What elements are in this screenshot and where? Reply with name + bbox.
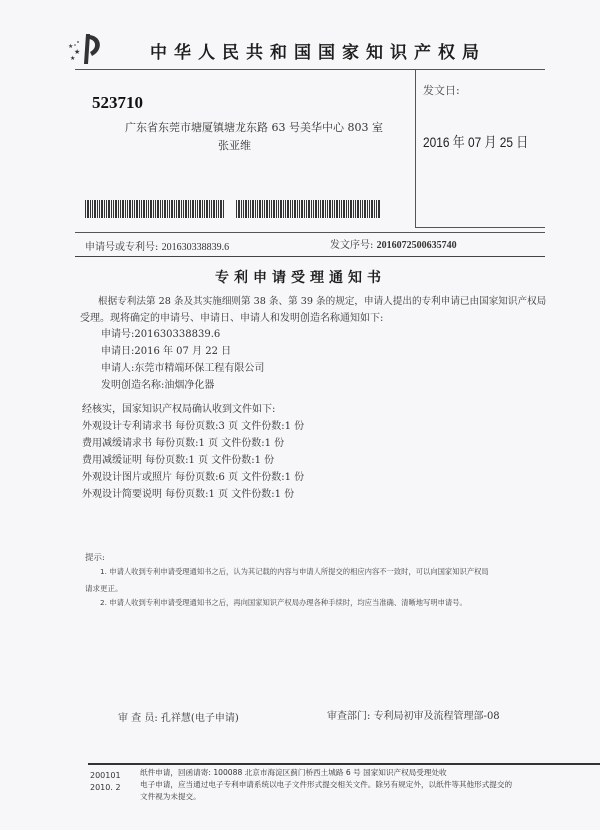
field-value: 油烟净化器 [164,380,214,391]
examiner-value: 孔祥慧(电子申请) [161,713,239,724]
field-value: 2016 年 07 月 22 日 [134,346,231,357]
issue-date-label: 发文日: [423,82,460,98]
application-number-label: 申请号或专利号: [85,242,158,253]
hints-heading: 提示: [85,551,105,563]
footer-line-1: 纸件申请，回函请寄: 100088 北京市海淀区蓟门桥西土城路 6 号 国家知识… [140,767,447,778]
intro-line-1: 根据专利法第 28 条及其实施细则第 38 条、第 39 条的规定，申请人提出的… [98,293,546,307]
field-design-name: 发明创造名称:油烟净化器 [101,376,214,391]
received-item: 外观设计专利请求书 每份页数:3 页 文件份数:1 份 [82,417,304,432]
application-number-value: 201630338839.6 [162,242,230,253]
numbers-bottom-divider [75,256,545,257]
intro-line-2: 受理。现将确定的申请号、申请日、申请人和发明创造名称通知如下: [80,309,383,324]
cnipa-logo-icon: ★ ★ ★ [66,30,106,66]
serial-number-value: 2016072500635740 [377,240,457,251]
examiner-row: 审 查 员: 孔祥慧(电子申请) [118,709,239,724]
serial-number-label: 发文序号: [330,240,373,251]
hint-1-line-1: 1. 申请人收到专利申请受理通知书之后，认为其记载的内容与申请人所提交的相应内容… [100,567,489,577]
field-application-number: 申请号:201630338839.6 [101,325,220,340]
svg-text:★: ★ [70,55,75,62]
received-item: 外观设计简要说明 每份页数:1 页 文件份数:1 份 [82,485,294,500]
issue-date-column-divider [415,69,416,227]
field-applicant: 申请人:东莞市精端环保工程有限公司 [101,359,264,374]
department-value: 专利局初审及流程管理部-08 [374,711,500,722]
footer-line-3: 文件视为未提交。 [140,791,201,802]
patent-acceptance-notice: ★ ★ ★ 中华人民共和国国家知识产权局 523710 广东省东莞市塘厦镇塘龙东… [0,0,600,830]
field-label: 发明创造名称: [101,380,164,391]
barcode-right [236,200,381,218]
header-divider [75,69,545,70]
numbers-top-divider [75,232,545,233]
issue-date-bottom-divider [415,227,545,228]
received-item: 费用减缓证明 每份页数:1 页 文件份数:1 份 [82,451,274,466]
issue-date: 2016 年 07 月 25 日 [423,132,528,152]
postcode: 523710 [92,93,143,113]
received-heading: 经核实，国家知识产权局确认收到文件如下: [82,400,275,415]
form-code: 200101 [90,771,121,780]
received-item: 费用减缓请求书 每份页数:1 页 文件份数:1 份 [82,434,284,449]
footer-divider [88,763,600,765]
application-number-row: 申请号或专利号: 201630338839.6 [85,238,229,253]
recipient-name: 张亚维 [218,137,251,153]
field-value: 东莞市精端环保工程有限公司 [134,363,264,374]
recipient-address: 广东省东莞市塘厦镇塘龙东路 63 号美华中心 803 室 [125,119,383,135]
footer-line-2: 电子申请，应当通过电子专利申请系统以电子文件形式提交相关文件。除另有规定外，以纸… [140,779,512,790]
notice-title: 专利申请受理通知书 [215,267,386,287]
department-row: 审查部门: 专利局初审及流程管理部-08 [327,707,500,722]
field-label: 申请日: [101,346,134,357]
barcode-left [85,200,225,218]
svg-text:★: ★ [68,43,73,50]
examiner-label: 审 查 员: [118,713,158,724]
hint-1-line-2: 请求更正。 [85,583,123,594]
agency-name: 中华人民共和国国家知识产权局 [150,38,486,63]
field-label: 申请人: [101,363,134,374]
field-label: 申请号: [101,329,134,340]
hint-2: 2. 申请人收到专利申请受理通知书之后，再向国家知识产权局办理各种手续时，均应当… [100,598,467,608]
department-label: 审查部门: [327,711,370,722]
received-item: 外观设计图片或照片 每份页数:6 页 文件份数:1 份 [82,468,304,483]
form-version: 2010. 2 [90,783,121,792]
serial-number-row: 发文序号: 2016072500635740 [330,236,457,251]
field-application-date: 申请日:2016 年 07 月 22 日 [101,342,231,357]
field-value: 201630338839.6 [134,329,220,340]
